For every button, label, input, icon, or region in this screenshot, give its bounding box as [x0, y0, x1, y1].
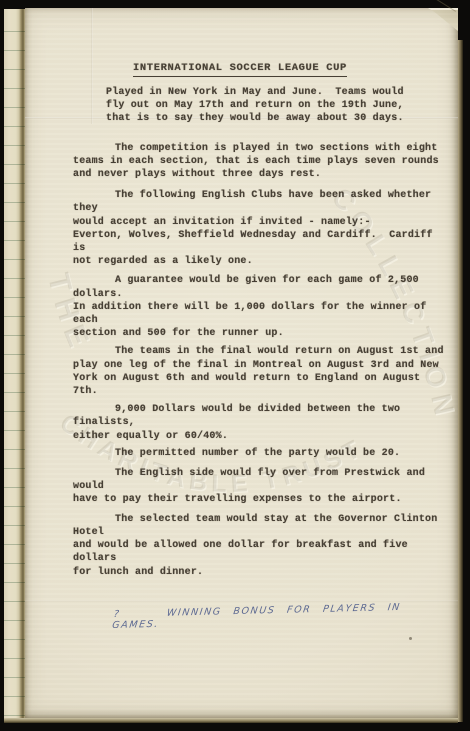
handwritten-note: ? WINNING BONUS FOR PLAYERS IN GAMES.: [112, 601, 447, 631]
page-bottom-edge: [4, 718, 458, 723]
paragraph-guarantee: A guarantee would be given for each game…: [73, 274, 445, 340]
paragraph-intro: Played in New York in May and June. Team…: [106, 86, 445, 126]
paragraph-party-size: The permitted number of the party would …: [73, 447, 445, 460]
folded-corner: [428, 8, 458, 31]
page-right-edge: [458, 40, 463, 722]
scanned-document: THE COLLECTION CHARITABLE TRUST THE COLL…: [0, 0, 470, 731]
paragraph-competition-format: The competition is played in two section…: [73, 142, 445, 182]
paragraph-invited-clubs: The following English Clubs have been as…: [73, 189, 445, 268]
paper-page: THE COLLECTION CHARITABLE TRUST THE COLL…: [25, 8, 458, 718]
paragraph-travel: The English side would fly over from Pre…: [73, 467, 445, 507]
document-title: INTERNATIONAL SOCCER LEAGUE CUP: [133, 62, 347, 77]
paragraph-hotel: The selected team would stay at the Gove…: [73, 513, 445, 579]
typewritten-content: INTERNATIONAL SOCCER LEAGUE CUP Played i…: [73, 62, 445, 631]
paragraph-finalists-money: 9,000 Dollars would be divided between t…: [73, 403, 445, 443]
paragraph-final-schedule: The teams in the final would return on A…: [73, 345, 445, 398]
ledger-binding-edge: [4, 9, 25, 721]
ink-speck: [409, 637, 412, 640]
